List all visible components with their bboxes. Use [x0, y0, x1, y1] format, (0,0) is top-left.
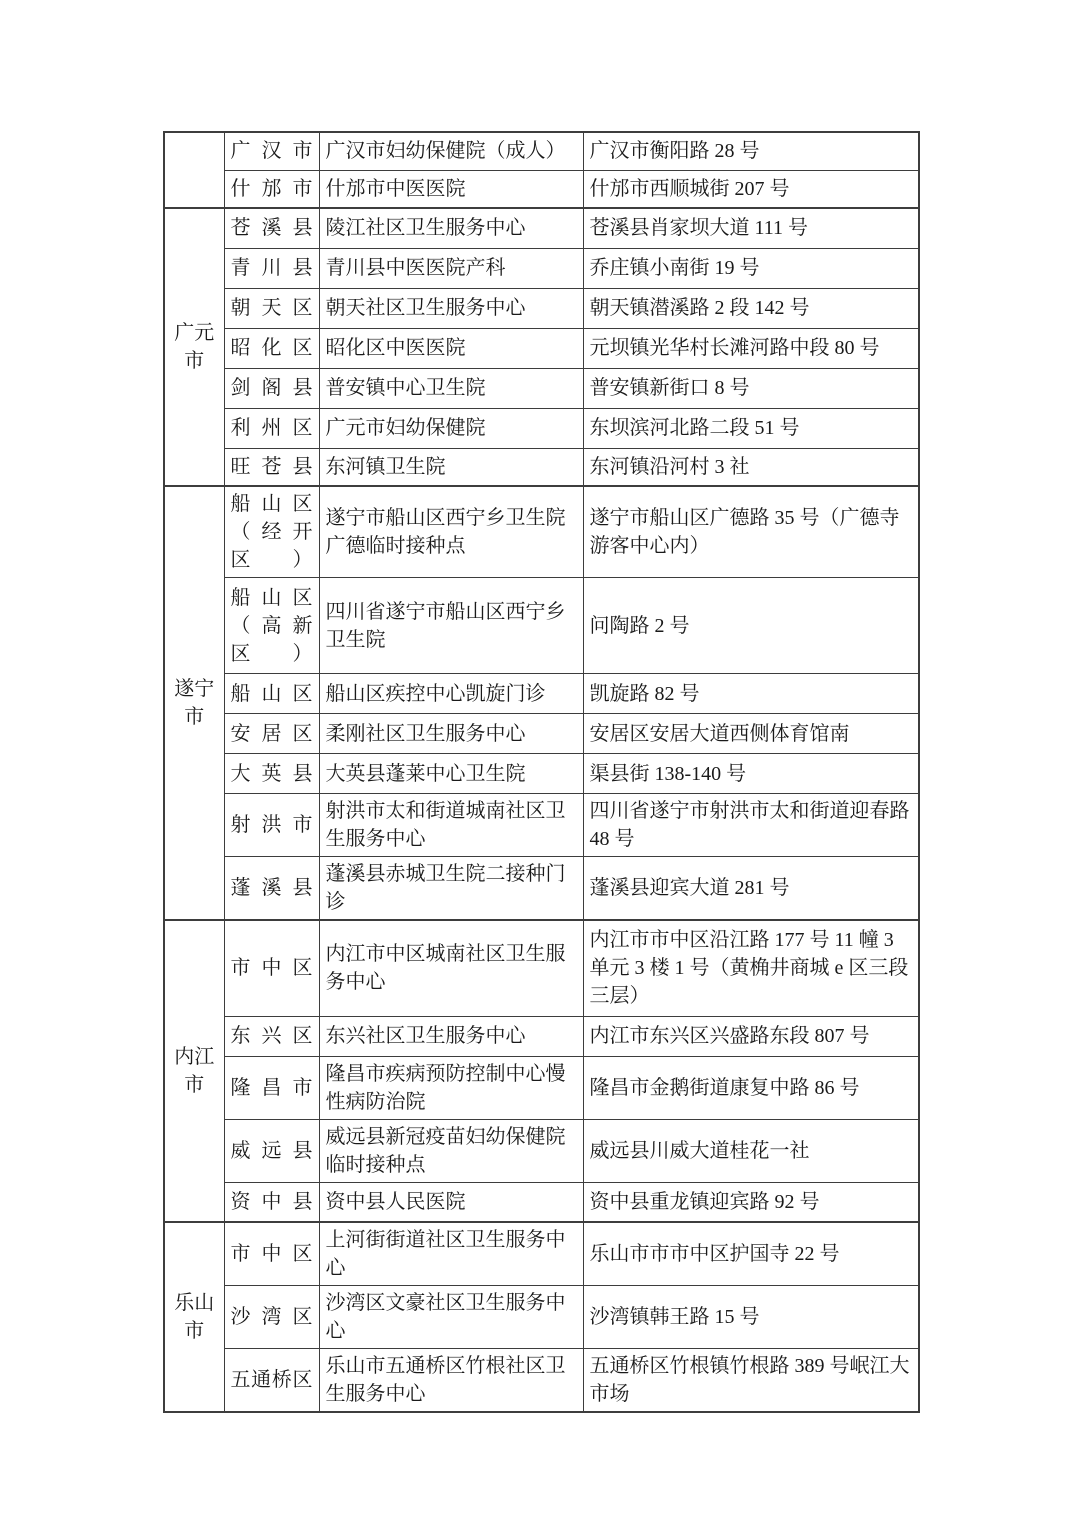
facility-cell: 普安镇中心卫生院	[319, 368, 583, 408]
district-cell: 什邡市	[224, 170, 319, 208]
district-cell: 大英县	[224, 754, 319, 794]
facility-cell: 上河街街道社区卫生服务中心	[319, 1222, 583, 1286]
address-cell: 隆昌市金鹅街道康复中路 86 号	[583, 1056, 919, 1119]
address-cell: 资中县重龙镇迎宾路 92 号	[583, 1182, 919, 1222]
table-row: 威远县 威远县新冠疫苗妇幼保健院临时接种点 威远县川威大道桂花一社	[164, 1119, 919, 1182]
facility-cell: 遂宁市船山区西宁乡卫生院广德临时接种点	[319, 486, 583, 578]
district-cell: 市中区	[224, 920, 319, 1016]
address-cell: 四川省遂宁市射洪市太和街道迎春路 48 号	[583, 794, 919, 857]
district-cell: 隆昌市	[224, 1056, 319, 1119]
table-row: 利州区 广元市妇幼保健院 东坝滨河北路二段 51 号	[164, 408, 919, 448]
city-cell	[164, 132, 224, 208]
table-row: 船山区（高新区） 四川省遂宁市船山区西宁乡卫生院 问陶路 2 号	[164, 578, 919, 674]
vaccination-sites-table: 广汉市 广汉市妇幼保健院（成人） 广汉市衡阳路 28 号 什邡市 什邡市中医医院…	[163, 131, 920, 1413]
address-cell: 遂宁市船山区广德路 35 号（广德寺游客中心内）	[583, 486, 919, 578]
address-cell: 普安镇新街口 8 号	[583, 368, 919, 408]
facility-cell: 东兴社区卫生服务中心	[319, 1016, 583, 1056]
table-row: 内江市 市中区 内江市中区城南社区卫生服务中心 内江市市中区沿江路 177 号 …	[164, 920, 919, 1016]
district-cell: 利州区	[224, 408, 319, 448]
table-row: 朝天区 朝天社区卫生服务中心 朝天镇潜溪路 2 段 142 号	[164, 288, 919, 328]
address-cell: 东河镇沿河村 3 社	[583, 448, 919, 486]
district-cell: 苍溪县	[224, 208, 319, 248]
facility-cell: 资中县人民医院	[319, 1182, 583, 1222]
facility-cell: 什邡市中医医院	[319, 170, 583, 208]
district-cell: 蓬溪县	[224, 857, 319, 921]
district-cell: 船山区（经开区）	[224, 486, 319, 578]
address-cell: 苍溪县肖家坝大道 111 号	[583, 208, 919, 248]
facility-cell: 乐山市五通桥区竹根社区卫生服务中心	[319, 1349, 583, 1413]
address-cell: 乐山市市市中区护国寺 22 号	[583, 1222, 919, 1286]
table-row: 五通桥区 乐山市五通桥区竹根社区卫生服务中心 五通桥区竹根镇竹根路 389 号岷…	[164, 1349, 919, 1413]
district-cell: 旺苍县	[224, 448, 319, 486]
table-row: 广汉市 广汉市妇幼保健院（成人） 广汉市衡阳路 28 号	[164, 132, 919, 170]
city-cell: 遂宁市	[164, 486, 224, 920]
table-row: 剑阁县 普安镇中心卫生院 普安镇新街口 8 号	[164, 368, 919, 408]
facility-cell: 广汉市妇幼保健院（成人）	[319, 132, 583, 170]
facility-cell: 威远县新冠疫苗妇幼保健院临时接种点	[319, 1119, 583, 1182]
address-cell: 沙湾镇韩王路 15 号	[583, 1286, 919, 1349]
address-cell: 五通桥区竹根镇竹根路 389 号岷江大市场	[583, 1349, 919, 1413]
city-cell: 广元市	[164, 208, 224, 486]
facility-cell: 广元市妇幼保健院	[319, 408, 583, 448]
address-cell: 内江市东兴区兴盛路东段 807 号	[583, 1016, 919, 1056]
facility-cell: 沙湾区文豪社区卫生服务中心	[319, 1286, 583, 1349]
table-row: 旺苍县 东河镇卫生院 东河镇沿河村 3 社	[164, 448, 919, 486]
facility-cell: 船山区疾控中心凯旋门诊	[319, 674, 583, 714]
facility-cell: 射洪市太和街道城南社区卫生服务中心	[319, 794, 583, 857]
table-row: 昭化区 昭化区中医医院 元坝镇光华村长滩河路中段 80 号	[164, 328, 919, 368]
address-cell: 朝天镇潜溪路 2 段 142 号	[583, 288, 919, 328]
facility-cell: 朝天社区卫生服务中心	[319, 288, 583, 328]
district-cell: 威远县	[224, 1119, 319, 1182]
address-cell: 渠县街 138-140 号	[583, 754, 919, 794]
district-cell: 昭化区	[224, 328, 319, 368]
district-cell: 射洪市	[224, 794, 319, 857]
district-cell: 船山区	[224, 674, 319, 714]
document-page: 广汉市 广汉市妇幼保健院（成人） 广汉市衡阳路 28 号 什邡市 什邡市中医医院…	[0, 0, 1080, 1527]
table-row: 射洪市 射洪市太和街道城南社区卫生服务中心 四川省遂宁市射洪市太和街道迎春路 4…	[164, 794, 919, 857]
facility-cell: 大英县蓬莱中心卫生院	[319, 754, 583, 794]
district-cell: 广汉市	[224, 132, 319, 170]
table-row: 资中县 资中县人民医院 资中县重龙镇迎宾路 92 号	[164, 1182, 919, 1222]
table-row: 沙湾区 沙湾区文豪社区卫生服务中心 沙湾镇韩王路 15 号	[164, 1286, 919, 1349]
district-cell: 东兴区	[224, 1016, 319, 1056]
address-cell: 什邡市西顺城街 207 号	[583, 170, 919, 208]
table-row: 遂宁市 船山区（经开区） 遂宁市船山区西宁乡卫生院广德临时接种点 遂宁市船山区广…	[164, 486, 919, 578]
address-cell: 蓬溪县迎宾大道 281 号	[583, 857, 919, 921]
table-row: 什邡市 什邡市中医医院 什邡市西顺城街 207 号	[164, 170, 919, 208]
district-cell: 朝天区	[224, 288, 319, 328]
facility-cell: 青川县中医医院产科	[319, 248, 583, 288]
table-row: 蓬溪县 蓬溪县赤城卫生院二接种门诊 蓬溪县迎宾大道 281 号	[164, 857, 919, 921]
address-cell: 安居区安居大道西侧体育馆南	[583, 714, 919, 754]
table-row: 大英县 大英县蓬莱中心卫生院 渠县街 138-140 号	[164, 754, 919, 794]
table-row: 广元市 苍溪县 陵江社区卫生服务中心 苍溪县肖家坝大道 111 号	[164, 208, 919, 248]
city-cell: 内江市	[164, 920, 224, 1222]
address-cell: 威远县川威大道桂花一社	[583, 1119, 919, 1182]
district-cell: 青川县	[224, 248, 319, 288]
facility-cell: 内江市中区城南社区卫生服务中心	[319, 920, 583, 1016]
table-row: 安居区 柔刚社区卫生服务中心 安居区安居大道西侧体育馆南	[164, 714, 919, 754]
facility-cell: 蓬溪县赤城卫生院二接种门诊	[319, 857, 583, 921]
district-cell: 剑阁县	[224, 368, 319, 408]
address-cell: 问陶路 2 号	[583, 578, 919, 674]
district-cell: 船山区（高新区）	[224, 578, 319, 674]
address-cell: 元坝镇光华村长滩河路中段 80 号	[583, 328, 919, 368]
district-cell: 沙湾区	[224, 1286, 319, 1349]
address-cell: 凯旋路 82 号	[583, 674, 919, 714]
city-cell: 乐山市	[164, 1222, 224, 1412]
facility-cell: 柔刚社区卫生服务中心	[319, 714, 583, 754]
facility-cell: 四川省遂宁市船山区西宁乡卫生院	[319, 578, 583, 674]
table-row: 隆昌市 隆昌市疾病预防控制中心慢性病防治院 隆昌市金鹅街道康复中路 86 号	[164, 1056, 919, 1119]
district-cell: 市中区	[224, 1222, 319, 1286]
address-cell: 东坝滨河北路二段 51 号	[583, 408, 919, 448]
table-row: 船山区 船山区疾控中心凯旋门诊 凯旋路 82 号	[164, 674, 919, 714]
table-row: 青川县 青川县中医医院产科 乔庄镇小南街 19 号	[164, 248, 919, 288]
district-cell: 安居区	[224, 714, 319, 754]
address-cell: 内江市市中区沿江路 177 号 11 幢 3 单元 3 楼 1 号（黄桷井商城 …	[583, 920, 919, 1016]
district-cell: 五通桥区	[224, 1349, 319, 1413]
facility-cell: 隆昌市疾病预防控制中心慢性病防治院	[319, 1056, 583, 1119]
table-row: 乐山市 市中区 上河街街道社区卫生服务中心 乐山市市市中区护国寺 22 号	[164, 1222, 919, 1286]
table-row: 东兴区 东兴社区卫生服务中心 内江市东兴区兴盛路东段 807 号	[164, 1016, 919, 1056]
district-cell: 资中县	[224, 1182, 319, 1222]
facility-cell: 东河镇卫生院	[319, 448, 583, 486]
address-cell: 乔庄镇小南街 19 号	[583, 248, 919, 288]
facility-cell: 陵江社区卫生服务中心	[319, 208, 583, 248]
facility-cell: 昭化区中医医院	[319, 328, 583, 368]
address-cell: 广汉市衡阳路 28 号	[583, 132, 919, 170]
